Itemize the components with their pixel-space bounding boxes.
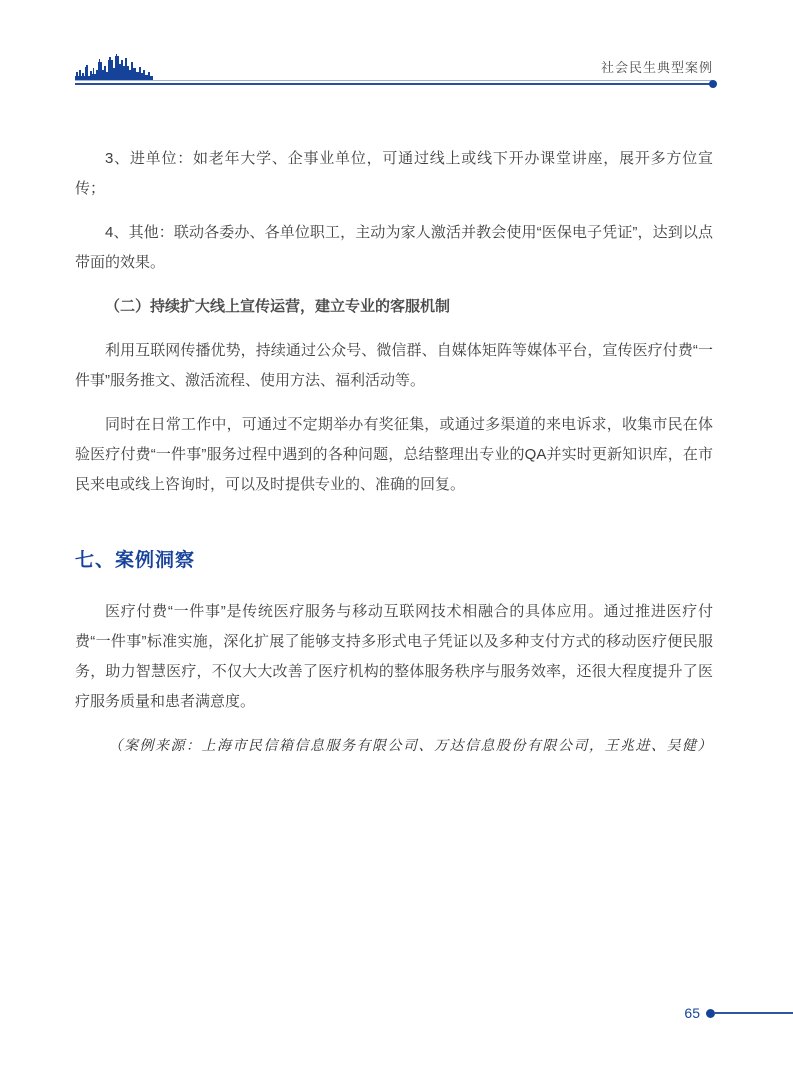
page-header: 社会民生典型案例 — [75, 0, 713, 85]
header-rule-light-line — [75, 80, 713, 81]
page-number: 65 — [684, 1005, 700, 1021]
document-body: 3、进单位：如老年大学、企事业单位，可通过线上或线下开办课堂讲座，展开多方位宣传… — [75, 82, 713, 761]
case-source-line: （案例来源：上海市民信箱信息服务有限公司、万达信息股份有限公司，王兆进、吴健） — [75, 731, 713, 761]
document-page: 社会民生典型案例 3、进单位：如老年大学、企事业单位，可通过线上或线下开办课堂讲… — [0, 0, 793, 1077]
paragraph-4-others: 4、其他：联动各委办、各单位职工，主动为家人激活并教会使用“医保电子凭证”，达到… — [75, 218, 713, 278]
footer-rule-line — [715, 1012, 793, 1014]
paragraph-case-insight: 医疗付费“一件事”是传统医疗服务与移动互联网技术相融合的具体应用。通过推进医疗付… — [75, 597, 713, 717]
footer-rule-dot-icon — [706, 1009, 715, 1018]
paragraph-internet-promotion: 利用互联网传播优势，持续通过公众号、微信群、自媒体矩阵等媒体平台，宣传医疗付费“… — [75, 336, 713, 396]
section-heading-case-insight: 七、案例洞察 — [75, 546, 713, 576]
header-running-title: 社会民生典型案例 — [601, 57, 713, 80]
header-row: 社会民生典型案例 — [75, 0, 713, 80]
paragraph-daily-work: 同时在日常工作中，可通过不定期举办有奖征集，或通过多渠道的来电诉求，收集市民在体… — [75, 410, 713, 500]
city-skyline-icon — [75, 52, 153, 80]
paragraph-3-units: 3、进单位：如老年大学、企事业单位，可通过线上或线下开办课堂讲座，展开多方位宣传… — [75, 144, 713, 204]
page-footer: 65 — [684, 1006, 793, 1020]
subsection-heading: （二）持续扩大线上宣传运营，建立专业的客服机制 — [75, 292, 713, 322]
